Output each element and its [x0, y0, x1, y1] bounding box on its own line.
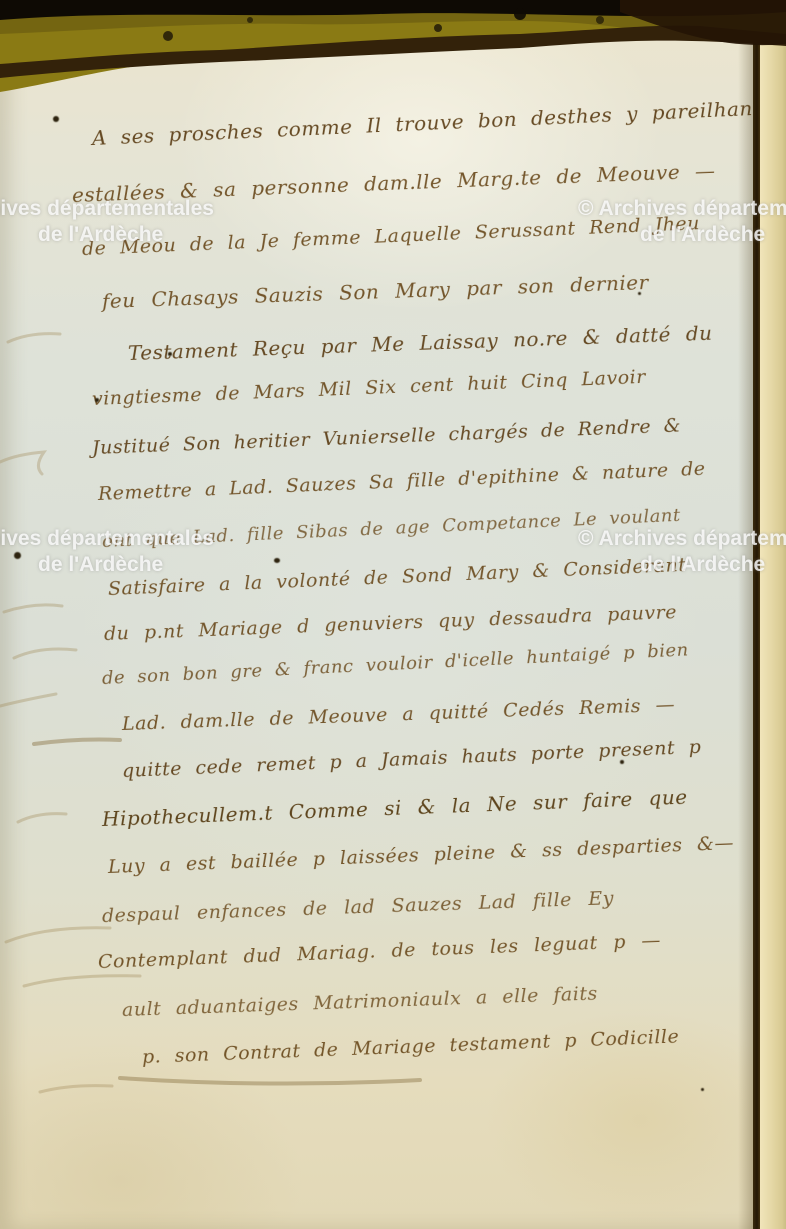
ink-speck — [274, 558, 280, 563]
watermark-middle-right: © Archives départementales de l'Ardèche — [578, 526, 786, 578]
ink-speck — [95, 398, 99, 402]
watermark-top-right: © Archives départementales de l'Ardèche — [578, 196, 786, 248]
watermark-line2: de l'Ardèche — [640, 222, 786, 248]
manuscript-line: Lad. dam.lle de Meouve a quitté Cedés Re… — [122, 694, 676, 735]
manuscript-line: p. son Contrat de Mariage testament p Co… — [142, 1025, 680, 1068]
manuscript-line: Luy a est baillée p laissées pleine & ss… — [108, 832, 735, 878]
watermark-top-left: © Archives départementales de l'Ardèche — [0, 196, 214, 248]
watermark-line2: de l'Ardèche — [38, 222, 214, 248]
ink-speck — [168, 352, 172, 356]
manuscript-line: ault aduantaiges Matrimoniaulx a elle fa… — [122, 982, 598, 1021]
ink-speck — [620, 760, 624, 764]
manuscript-line: feu Chasays Sauzis Son Mary par son dern… — [102, 270, 649, 313]
manuscript-line: Hipothecullem.t Comme si & la Ne sur fai… — [102, 785, 688, 831]
manuscript-line: du p.nt Mariage d genuviers quy dessaudr… — [104, 601, 678, 645]
manuscript-line: Justitué Son heritier Vunierselle chargé… — [92, 414, 682, 459]
ink-speck — [701, 1088, 704, 1091]
watermark-line1: © Archives départementales — [578, 526, 786, 552]
manuscript-line: quitte cede remet p a Jamais hauts porte… — [122, 736, 702, 782]
manuscript-line: A ses prosches comme Il trouve bon desth… — [91, 96, 761, 150]
manuscript-scan-page: A ses prosches comme Il trouve bon desth… — [0, 0, 786, 1229]
watermark-middle-left: © Archives départementales de l'Ardèche — [0, 526, 214, 578]
watermark-line1: © Archives départementales — [0, 196, 214, 222]
manuscript-line: de son bon gre & franc vouloir d'icelle … — [101, 639, 689, 689]
watermark-line2: de l'Ardèche — [640, 552, 786, 578]
ink-speck — [53, 116, 59, 122]
next-page-edge — [760, 0, 786, 1229]
next-page-edge-dark-top — [760, 0, 786, 46]
watermark-line2: de l'Ardèche — [38, 552, 214, 578]
manuscript-line: despaul enfances de lad Sauzes Lad fille… — [102, 887, 615, 927]
manuscript-line: Testament Reçu par Me Laissay no.re & da… — [128, 321, 713, 365]
manuscript-line: Contemplant dud Mariag. de tous les legu… — [98, 929, 662, 973]
manuscript-line: Remettre a Lad. Sauzes Sa fille d'epithi… — [98, 458, 706, 505]
manuscript-line: vingtiesme de Mars Mil Six cent huit Cin… — [92, 366, 647, 410]
ink-speck — [638, 292, 641, 295]
watermark-line1: © Archives départementales — [578, 196, 786, 222]
watermark-line1: © Archives départementales — [0, 526, 214, 552]
